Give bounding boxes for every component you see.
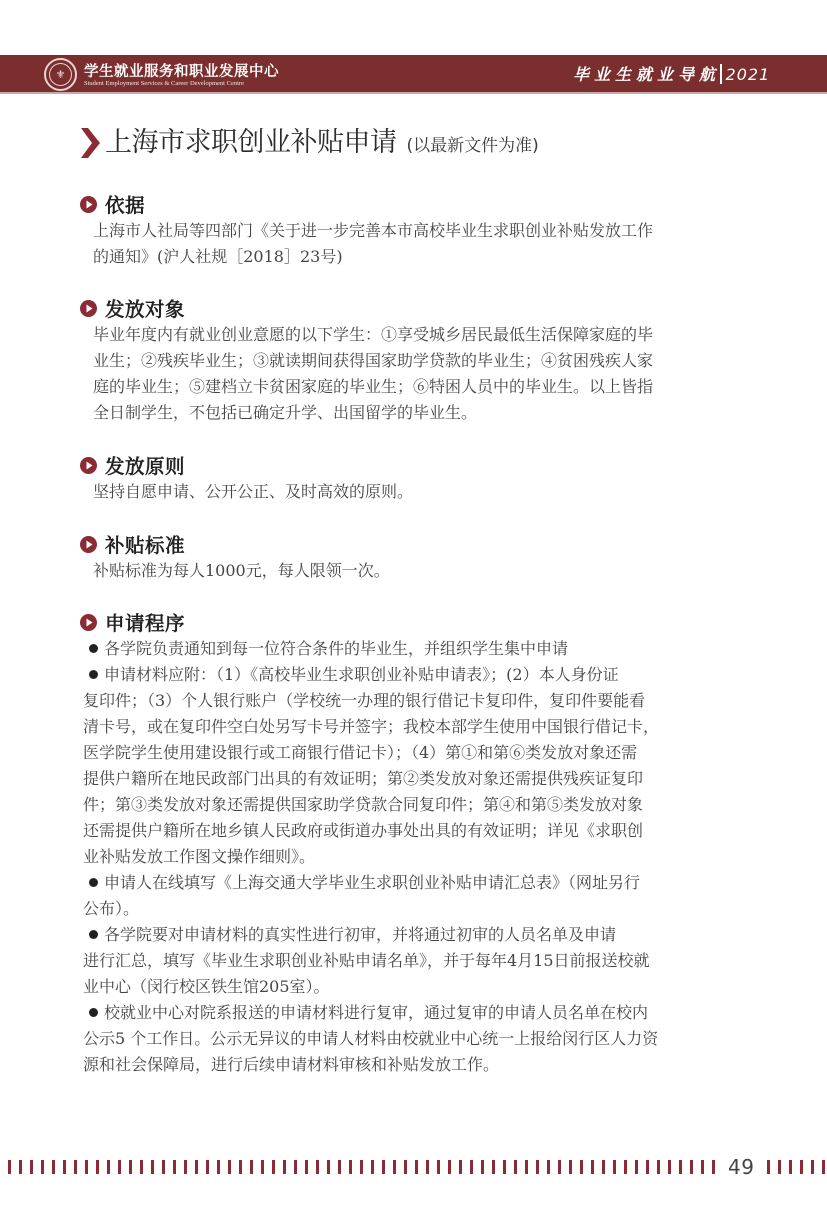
play-circle-icon [80, 457, 97, 474]
section-body: 上海市人社局等四部门《关于进一步完善本市高校毕业生求职创业补贴发放工作 的通知》… [93, 218, 770, 270]
list-item: 各学院负责通知到每一位符合条件的毕业生，并组织学生集中申请 [83, 636, 770, 662]
logo-emblem: ⚜ [49, 63, 72, 86]
bullet-dot-icon [89, 670, 98, 679]
guide-title: 毕业生就业导航2021 [573, 62, 770, 85]
bullet-dot-icon [89, 644, 98, 653]
page-subtitle: (以最新文件为准) [407, 132, 539, 160]
list-item-continuation: 件；第③类发放对象还需提供国家助学贷款合同复印件；第④和第⑤类发放对象 [83, 792, 770, 818]
body-line: 毕业年度内有就业创业意愿的以下学生：①享受城乡居民最低生活保障家庭的毕 [93, 322, 770, 348]
list-item: 申请材料应附：（1）《高校毕业生求职创业补贴申请表》；(2）本人身份证 [83, 662, 770, 688]
body-line: 上海市人社局等四部门《关于进一步完善本市高校毕业生求职创业补贴发放工作 [93, 218, 770, 244]
list-item-continuation: 业补贴发放工作图文操作细则》。 [83, 844, 770, 870]
bullet-dot-icon [89, 930, 98, 939]
guide-title-divider [720, 64, 722, 84]
section-standard: 补贴标准 补贴标准为每人1000元，每人限领一次。 [80, 530, 770, 584]
body-line: 坚持自愿申请、公开公正、及时高效的原则。 [93, 479, 770, 505]
org-name-en: Student Employment Services & Career Dev… [84, 80, 244, 87]
section-basis: 依据 上海市人社局等四部门《关于进一步完善本市高校毕业生求职创业补贴发放工作 的… [80, 190, 770, 270]
list-item-continuation: 源和社会保障局，进行后续申请材料审核和补贴发放工作。 [83, 1052, 770, 1078]
list-item-continuation: 还需提供户籍所在地乡镇人民政府或街道办事处出具的有效证明；详见《求职创 [83, 818, 770, 844]
list-item: 校就业中心对院系报送的申请材料进行复审，通过复审的申请人员名单在校内 [83, 1000, 770, 1026]
section-heading: 申请程序 [80, 608, 770, 636]
section-heading: 依据 [80, 190, 770, 218]
section-heading: 发放原则 [80, 451, 770, 479]
body-line: 的通知》(沪人社规［2018］23号) [93, 244, 770, 270]
section-title: 依据 [105, 190, 145, 218]
list-item-continuation: 业中心（闵行校区铁生馆205室）。 [83, 974, 770, 1000]
procedure-list: 各学院负责通知到每一位符合条件的毕业生，并组织学生集中申请 申请材料应附：（1）… [83, 636, 770, 1078]
section-principles: 发放原则 坚持自愿申请、公开公正、及时高效的原则。 [80, 451, 770, 505]
page-title: 上海市求职创业补贴申请 (以最新文件为准) [79, 126, 539, 160]
list-item: 各学院要对申请材料的真实性进行初审，并将通过初审的人员名单及申请 [83, 922, 770, 948]
section-heading: 补贴标准 [80, 530, 770, 558]
list-item-continuation: 清卡号，或在复印件空白处另写卡号并签字；我校本部学生使用中国银行借记卡， [83, 714, 770, 740]
bullet-dot-icon [89, 1008, 98, 1017]
section-targets: 发放对象 毕业年度内有就业创业意愿的以下学生：①享受城乡居民最低生活保障家庭的毕… [80, 294, 770, 426]
section-title: 申请程序 [105, 608, 185, 636]
play-circle-icon [80, 536, 97, 553]
section-body: 补贴标准为每人1000元，每人限领一次。 [93, 558, 770, 584]
guide-title-text: 毕业生就业导航 [573, 65, 720, 84]
body-line: 业生；②残疾毕业生；③就读期间获得国家助学贷款的毕业生；④贫困残疾人家 [93, 348, 770, 374]
list-item-continuation: 公布）。 [83, 896, 770, 922]
page-number: 49 [728, 1155, 754, 1179]
list-item-continuation: 公示5 个工作日。公示无异议的申请人材料由校就业中心统一上报给闵行区人力资 [83, 1026, 770, 1052]
section-procedure: 申请程序 各学院负责通知到每一位符合条件的毕业生，并组织学生集中申请 申请材料应… [80, 608, 770, 1078]
guide-year: 2021 [726, 65, 771, 84]
list-item-text: 各学院负责通知到每一位符合条件的毕业生，并组织学生集中申请 [104, 639, 568, 658]
section-body: 坚持自愿申请、公开公正、及时高效的原则。 [93, 479, 770, 505]
body-line: 补贴标准为每人1000元，每人限领一次。 [93, 558, 770, 584]
section-title: 发放原则 [105, 451, 185, 479]
section-title: 补贴标准 [105, 530, 185, 558]
section-heading: 发放对象 [80, 294, 770, 322]
list-item: 申请人在线填写《上海交通大学毕业生求职创业补贴申请汇总表》（网址另行 [83, 870, 770, 896]
chevron-right-icon [79, 126, 101, 160]
list-item-continuation: 提供户籍所在地民政部门出具的有效证明；第②类发放对象还需提供残疾证复印 [83, 766, 770, 792]
section-title: 发放对象 [105, 294, 185, 322]
body-line: 庭的毕业生；⑤建档立卡贫困家庭的毕业生；⑥特困人员中的毕业生。以上皆指 [93, 374, 770, 400]
org-name-cn: 学生就业服务和职业发展中心 [84, 60, 279, 81]
university-logo-icon: ⚜ [44, 58, 77, 91]
footer-decorative-bars [0, 1160, 827, 1174]
play-circle-icon [80, 614, 97, 631]
bullet-dot-icon [89, 878, 98, 887]
section-body: 毕业年度内有就业创业意愿的以下学生：①享受城乡居民最低生活保障家庭的毕 业生；②… [93, 322, 770, 426]
list-item-continuation: 医学院学生使用建设银行或工商银行借记卡）；（4）第①和第⑥类发放对象还需 [83, 740, 770, 766]
page-title-text: 上海市求职创业补贴申请 [105, 126, 397, 160]
list-item-text: 各学院要对申请材料的真实性进行初审，并将通过初审的人员名单及申请 [104, 925, 616, 944]
list-item-text: 申请材料应附：（1）《高校毕业生求职创业补贴申请表》；(2）本人身份证 [104, 665, 619, 684]
list-item-continuation: 复印件；（3）个人银行账户（学校统一办理的银行借记卡复印件，复印件要能看 [83, 688, 770, 714]
list-item-text: 校就业中心对院系报送的申请材料进行复审，通过复审的申请人员名单在校内 [104, 1003, 648, 1022]
list-item-continuation: 进行汇总，填写《毕业生求职创业补贴申请名单》，并于每年4月15日前报送校就 [83, 948, 770, 974]
list-item-text: 申请人在线填写《上海交通大学毕业生求职创业补贴申请汇总表》（网址另行 [104, 873, 640, 892]
body-line: 全日制学生，不包括已确定升学、出国留学的毕业生。 [93, 400, 770, 426]
play-circle-icon [80, 196, 97, 213]
play-circle-icon [80, 300, 97, 317]
